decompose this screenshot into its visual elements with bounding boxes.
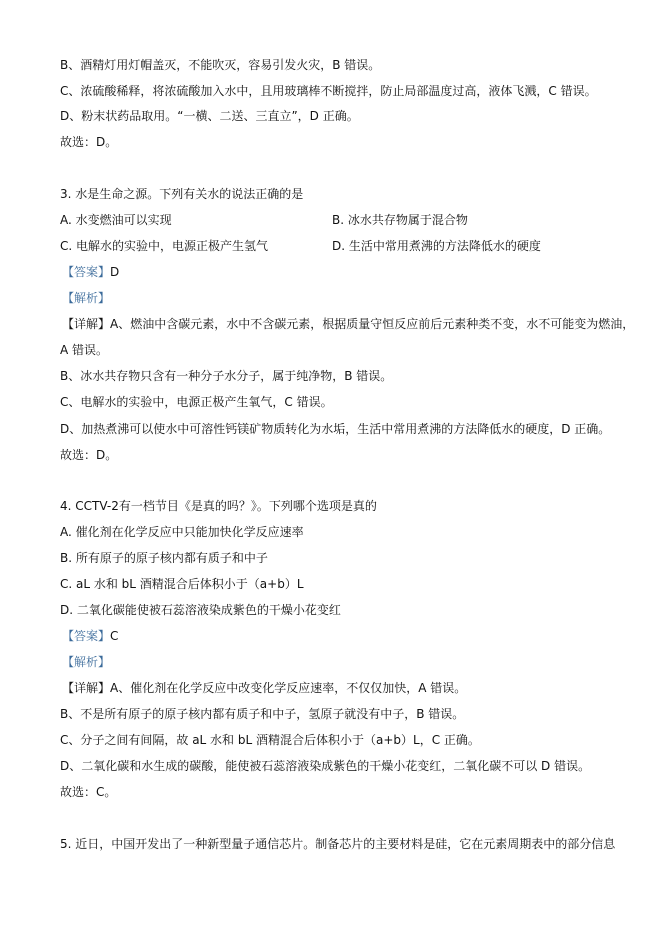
answer-value: C [110, 629, 118, 643]
q3-option-b: B. 冰水共存物属于混合物 [332, 212, 468, 228]
q3-answer: 【答案】D [62, 264, 119, 280]
detail-text: A、催化剂在化学反应中改变化学反应速率，不仅仅加快，A 错误。 [110, 681, 466, 695]
document-page: B、酒精灯用灯帽盖灭，不能吹灭，容易引发火灾，B 错误。 C、浓硫酸稀释，将浓硫… [0, 0, 661, 935]
q4-detail-line-2: B、不是所有原子的原子核内都有质子和中子，氢原子就没有中子，B 错误。 [60, 706, 464, 722]
q3-detail-line-1: 【详解】A、燃油中含碳元素，水中不含碳元素，根据质量守恒反应前后元素种类不变，水… [62, 316, 634, 332]
q4-conclusion: 故选：C。 [60, 784, 116, 800]
q4-analysis-heading: 【解析】 [62, 654, 110, 670]
q2-option-c-explanation: C、浓硫酸稀释，将浓硫酸加入水中，且用玻璃棒不断搅拌，防止局部温度过高，液体飞溅… [60, 83, 597, 99]
analysis-label: 【解析】 [62, 291, 110, 305]
q3-detail-line-4: C、电解水的实验中，电源正极产生氧气，C 错误。 [60, 394, 333, 410]
q4-detail-line-1: 【详解】A、催化剂在化学反应中改变化学反应速率，不仅仅加快，A 错误。 [62, 680, 466, 696]
q4-stem: 4. CCTV-2有一档节目《是真的吗？》。下列哪个选项是真的 [60, 498, 377, 514]
detail-label: 【详解】 [62, 681, 110, 695]
q3-detail-line-5: D、加热煮沸可以使水中可溶性钙镁矿物质转化为水垢，生活中常用煮沸的方法降低水的硬… [60, 421, 610, 437]
q2-conclusion: 故选：D。 [60, 134, 117, 150]
q3-option-c: C. 电解水的实验中，电源正极产生氢气 [60, 238, 268, 254]
detail-label: 【详解】 [62, 317, 110, 331]
answer-value: D [110, 265, 119, 279]
q4-detail-line-3: C、分子之间有间隔，故 aL 水和 bL 酒精混合后体积小于（a+b）L，C 正… [60, 732, 480, 748]
q4-option-a: A. 催化剂在化学反应中只能加快化学反应速率 [60, 524, 304, 540]
q3-stem: 3. 水是生命之源。下列有关水的说法正确的是 [60, 186, 303, 202]
q3-analysis-heading: 【解析】 [62, 290, 110, 306]
q4-option-d: D. 二氧化碳能使被石蕊溶液染成紫色的干燥小花变红 [60, 602, 341, 618]
analysis-label: 【解析】 [62, 655, 110, 669]
q4-option-b: B. 所有原子的原子核内都有质子和中子 [60, 550, 268, 566]
q4-option-c: C. aL 水和 bL 酒精混合后体积小于（a+b）L [60, 576, 304, 592]
q3-option-d: D. 生活中常用煮沸的方法降低水的硬度 [332, 238, 541, 254]
q2-option-d-explanation: D、粉末状药品取用。“一横、二送、三直立”，D 正确。 [60, 108, 359, 124]
q3-option-a: A. 水变燃油可以实现 [60, 212, 172, 228]
answer-label: 【答案】 [62, 629, 110, 643]
q3-detail-line-3: B、冰水共存物只含有一种分子水分子，属于纯净物，B 错误。 [60, 368, 392, 384]
q3-detail-line-2: A 错误。 [60, 342, 108, 358]
q4-answer: 【答案】C [62, 628, 118, 644]
q3-conclusion: 故选：D。 [60, 447, 117, 463]
q2-option-b-explanation: B、酒精灯用灯帽盖灭，不能吹灭，容易引发火灾，B 错误。 [60, 57, 380, 73]
q4-detail-line-4: D、二氧化碳和水生成的碳酸，能使被石蕊溶液染成紫色的干燥小花变红，二氧化碳不可以… [60, 758, 590, 774]
q5-stem: 5. 近日，中国开发出了一种新型量子通信芯片。制备芯片的主要材料是硅，它在元素周… [60, 836, 615, 852]
detail-text: A、燃油中含碳元素，水中不含碳元素，根据质量守恒反应前后元素种类不变，水不可能变… [110, 317, 634, 331]
answer-label: 【答案】 [62, 265, 110, 279]
